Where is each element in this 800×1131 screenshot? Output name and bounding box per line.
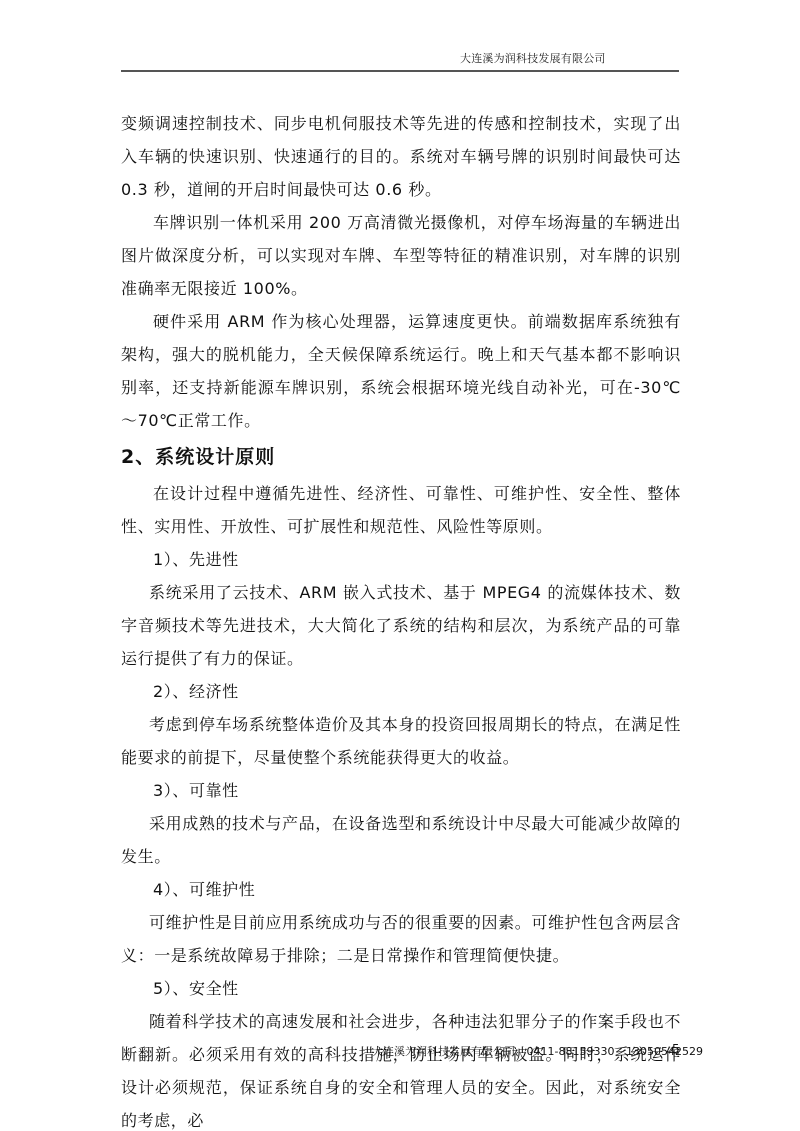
section-heading: 2、系统设计原则 [121,439,681,475]
paragraph-intro-3: 硬件采用 ARM 作为核心处理器，运算速度更快。前端数据库系统独有架构，强大的脱… [121,305,681,437]
principle-title: 4）、可维护性 [121,873,681,906]
paragraph-intro-2: 车牌识别一体机采用 200 万高清微光摄像机，对停车场海量的车辆进出图片做深度分… [121,206,681,305]
footer-company-name: 大连溪为润科技发展有限公司 [372,1045,515,1058]
principle-text: 考虑到停车场系统整体造价及其本身的投资回报周期长的特点，在满足性能要求的前提下，… [121,708,681,774]
principle-maintainability: 4）、可维护性 可维护性是目前应用系统成功与否的很重要的因素。可维护性包含两层含… [121,873,681,972]
principle-text: 随着科学技术的高速发展和社会进步，各种违法犯罪分子的作案手段也不断翻新。必须采用… [121,1005,681,1131]
header-divider [121,70,679,72]
principle-title: 5）、安全性 [121,972,681,1005]
header-company-name: 大连溪为润科技发展有限公司 [460,50,606,66]
principle-advanced: 1）、先进性 系统采用了云技术、ARM 嵌入式技术、基于 MPEG4 的流媒体技… [121,543,681,675]
principle-title: 1）、先进性 [121,543,681,576]
paragraph-intro-1: 变频调速控制技术、同步电机伺服技术等先进的传感和控制技术，实现了出入车辆的快速识… [121,107,681,206]
principle-title: 2）、经济性 [121,675,681,708]
footer-phone: 0411-88159330 [527,1045,615,1058]
document-body: 变频调速控制技术、同步电机伺服技术等先进的传感和控制技术，实现了出入车辆的快速识… [121,107,681,1131]
principle-text: 采用成熟的技术与产品，在设备选型和系统设计中尽最大可能减少故障的发生。 [121,807,681,873]
principle-title: 3）、可靠性 [121,774,681,807]
page-footer: 大连溪为润科技发展有限公司 0411-88159330 13050542529 [372,1043,711,1059]
section-intro: 在设计过程中遵循先进性、经济性、可靠性、可维护性、安全性、整体性、实用性、开放性… [121,477,681,543]
principle-text: 系统采用了云技术、ARM 嵌入式技术、基于 MPEG4 的流媒体技术、数字音频技… [121,576,681,675]
principle-reliability: 3）、可靠性 采用成熟的技术与产品，在设备选型和系统设计中尽最大可能减少故障的发… [121,774,681,873]
footer-mobile: 13050542529 [626,1045,703,1058]
page-number: 5 [672,1042,680,1056]
principle-economy: 2）、经济性 考虑到停车场系统整体造价及其本身的投资回报周期长的特点，在满足性能… [121,675,681,774]
principle-text: 可维护性是目前应用系统成功与否的很重要的因素。可维护性包含两层含义：一是系统故障… [121,906,681,972]
